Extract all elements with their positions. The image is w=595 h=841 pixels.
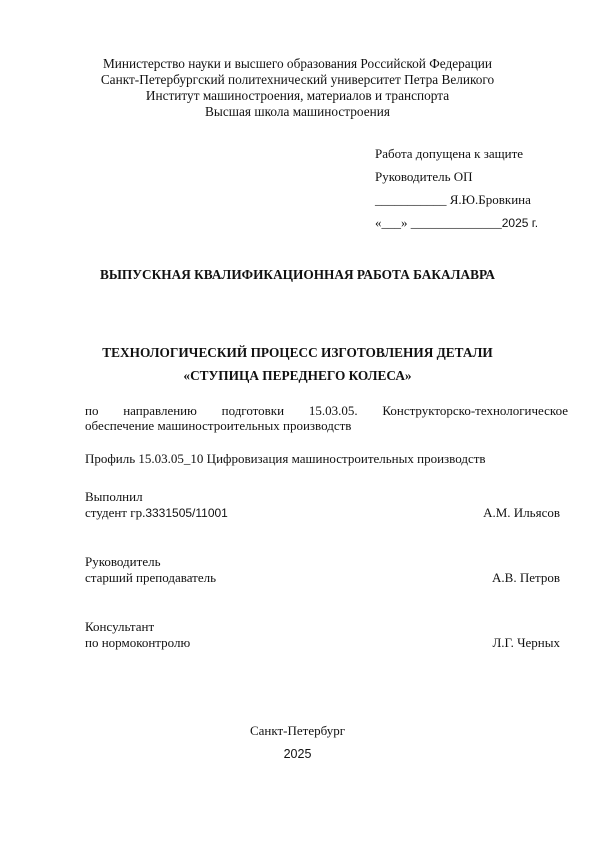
signature-blank: ___________ <box>375 192 447 207</box>
institute-line: Институт машиностроения, материалов и тр… <box>0 88 595 104</box>
signature-subrole: старший преподаватель <box>85 570 216 586</box>
subrole-prefix: студент гр. <box>85 505 145 520</box>
signature-name: Л.Г. Черных <box>492 635 568 651</box>
school-line: Высшая школа машиностроения <box>0 104 595 120</box>
work-type-heading: ВЫПУСКНАЯ КВАЛИФИКАЦИОННАЯ РАБОТА БАКАЛА… <box>0 267 595 283</box>
approval-signer: Я.Ю.Бровкина <box>450 192 531 207</box>
approval-date-line: «___» ______________2025 г. <box>375 215 538 238</box>
date-year: 2025 г. <box>502 216 538 230</box>
thesis-title-line1: ТЕХНОЛОГИЧЕСКИЙ ПРОЦЕСС ИЗГОТОВЛЕНИЯ ДЕТ… <box>0 341 595 364</box>
group-number: 3331505/11001 <box>145 506 228 520</box>
signature-subrole: по нормоконтролю <box>85 635 190 651</box>
signature-consultant: Консультант по нормоконтролю Л.Г. Черных <box>85 619 568 651</box>
signature-name: А.В. Петров <box>492 570 568 586</box>
approval-admitted: Работа допущена к защите <box>375 146 538 169</box>
direction-line2: обеспечение машиностроительных производс… <box>85 418 568 433</box>
signature-subrole: студент гр.3331505/11001 <box>85 505 228 521</box>
signature-name: А.М. Ильясов <box>483 505 568 521</box>
approval-block: Работа допущена к защите Руководитель ОП… <box>375 146 538 238</box>
thesis-title: ТЕХНОЛОГИЧЕСКИЙ ПРОЦЕСС ИЗГОТОВЛЕНИЯ ДЕТ… <box>0 341 595 387</box>
approval-signature-line: ___________ Я.Ю.Бровкина <box>375 192 538 215</box>
thesis-title-line2: «СТУПИЦА ПЕРЕДНЕГО КОЛЕСА» <box>0 364 595 387</box>
signature-role: Руководитель <box>85 554 568 570</box>
signature-supervisor: Руководитель старший преподаватель А.В. … <box>85 554 568 586</box>
footer-city: Санкт-Петербург <box>0 723 595 739</box>
signature-student: Выполнил студент гр.3331505/11001 А.М. И… <box>85 489 568 521</box>
signature-role: Консультант <box>85 619 568 635</box>
date-blank: «___» ______________ <box>375 215 502 230</box>
footer-year: 2025 <box>0 747 595 761</box>
direction-line1: по направлению подготовки 15.03.05. Конс… <box>85 403 568 418</box>
direction-paragraph: по направлению подготовки 15.03.05. Конс… <box>85 403 568 433</box>
university-line: Санкт-Петербургский политехнический унив… <box>0 72 595 88</box>
profile-line: Профиль 15.03.05_10 Цифровизация машинос… <box>85 451 568 466</box>
ministry-line: Министерство науки и высшего образования… <box>0 56 595 72</box>
approval-head: Руководитель ОП <box>375 169 538 192</box>
institution-header: Министерство науки и высшего образования… <box>0 56 595 120</box>
signature-role: Выполнил <box>85 489 568 505</box>
